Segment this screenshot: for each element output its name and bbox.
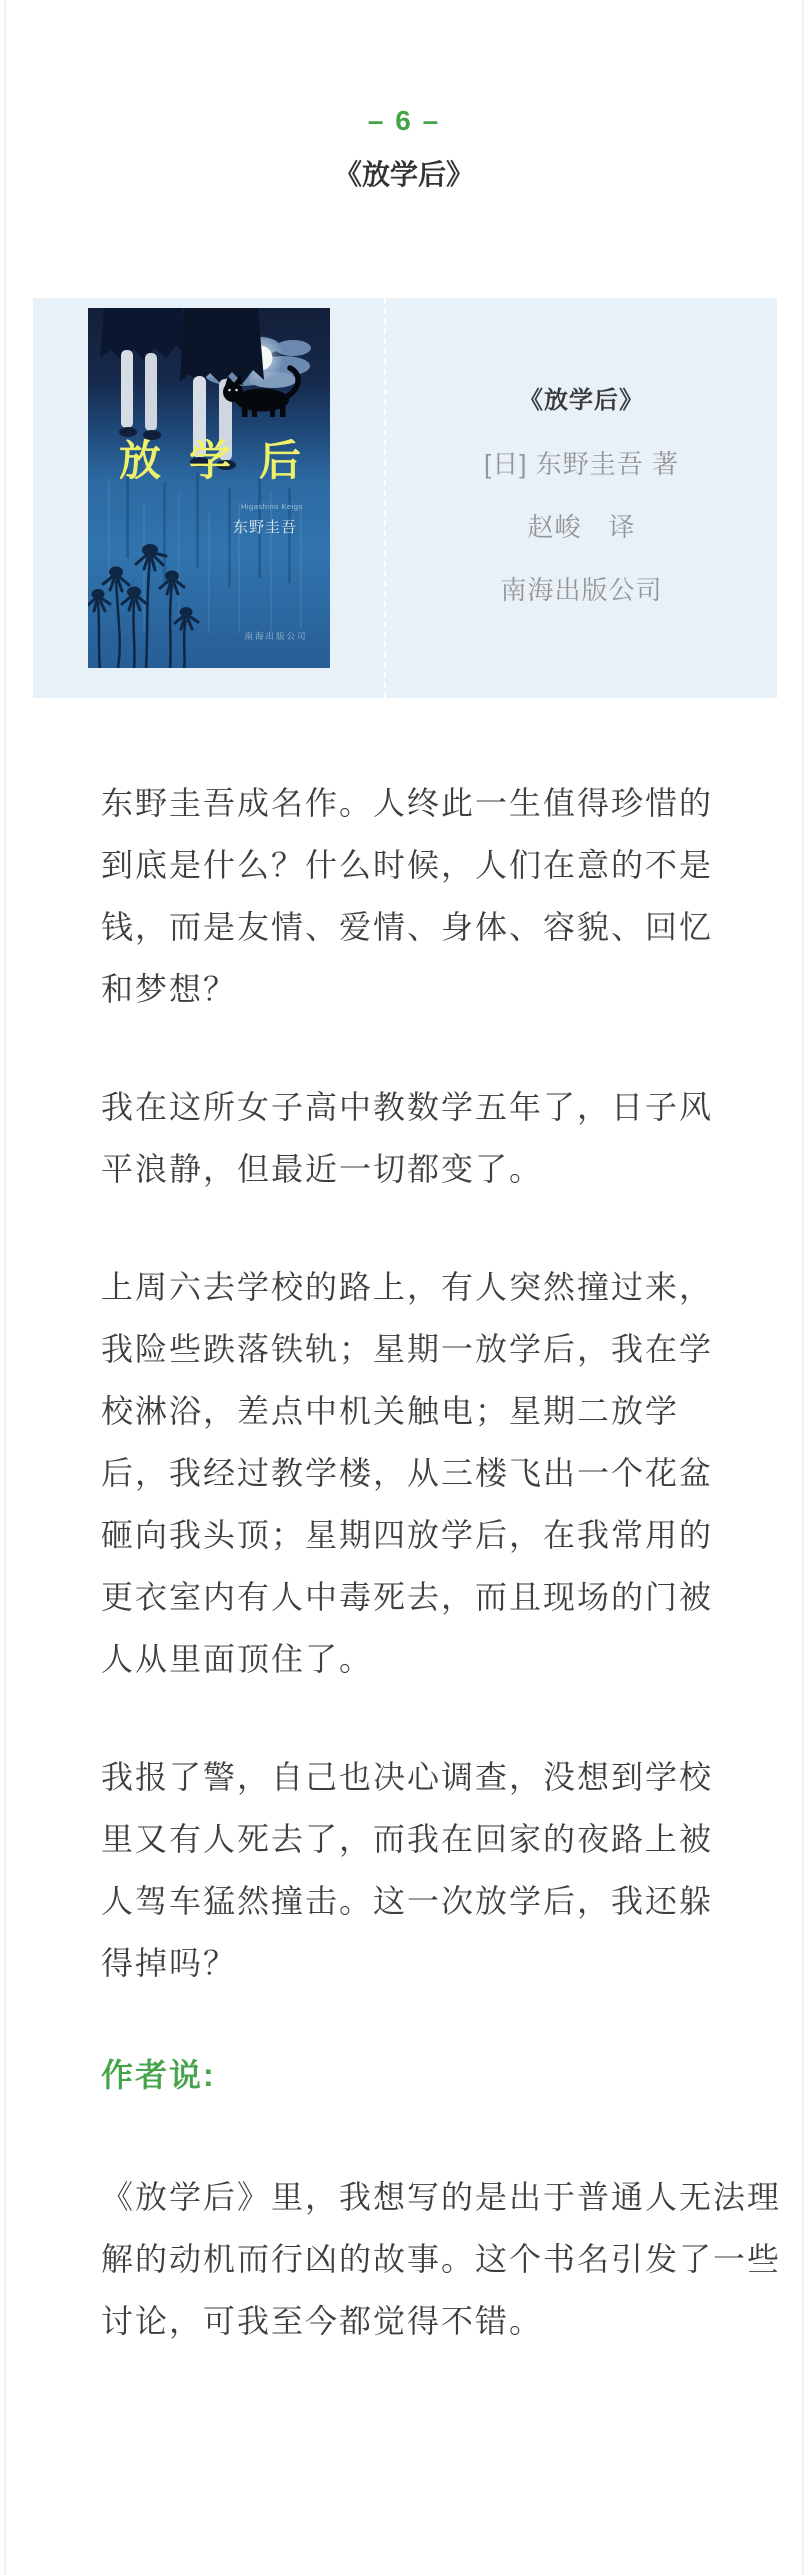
paragraph-intro: 东野圭吾成名作。人终此一生值得珍惜的 到底是什么？什么时候，人们在意的不是 钱，… xyxy=(101,772,781,1020)
cover-author-romanized-text: Higashino Keigo xyxy=(241,502,303,511)
book-cover-image: 放学后 Higashino Keigo 东野圭吾 xyxy=(88,308,330,668)
article-page: – 6 – 《放学后》 xyxy=(0,0,808,2575)
cover-publisher-mark-text: 南海出版公司 xyxy=(244,631,307,641)
book-title: 《放学后》 xyxy=(386,386,777,416)
author-note-heading: 作者说: xyxy=(101,2054,781,2096)
paragraph-author-note: 《放学后》里，我想写的是出于普通人无法理 解的动机而行凶的故事。这个书名引发了一… xyxy=(101,2166,781,2352)
left-page-edge xyxy=(4,0,6,2575)
section-number: – 6 – xyxy=(0,103,808,139)
cover-author-text: 东野圭吾 xyxy=(233,519,297,536)
cover-title-text: 放学后 xyxy=(119,437,329,484)
book-translator-line: 赵峻 译 xyxy=(386,512,777,542)
book-meta-cell: 《放学后》 [日] 东野圭吾 著 赵峻 译 南海出版公司 xyxy=(386,298,777,698)
book-cover-cell: 放学后 Higashino Keigo 东野圭吾 xyxy=(33,298,386,698)
book-info-panel: 放学后 Higashino Keigo 东野圭吾 xyxy=(33,298,777,698)
paragraph-police: 我报了警，自己也决心调查，没想到学校 里又有人死去了，而我在回家的夜路上被 人驾… xyxy=(101,1746,781,1994)
paragraph-incidents: 上周六去学校的路上，有人突然撞过来， 我险些跌落铁轨；星期一放学后，我在学 校淋… xyxy=(101,1256,781,1690)
right-page-edge xyxy=(802,0,804,2575)
book-author-line: [日] 东野圭吾 著 xyxy=(386,449,777,479)
book-publisher-line: 南海出版公司 xyxy=(386,575,777,605)
page-title: 《放学后》 xyxy=(0,155,808,195)
paragraph-teacher: 我在这所女子高中教数学五年了，日子风 平浪静，但最近一切都变了。 xyxy=(101,1076,781,1200)
article-body: 东野圭吾成名作。人终此一生值得珍惜的 到底是什么？什么时候，人们在意的不是 钱，… xyxy=(101,772,781,2352)
